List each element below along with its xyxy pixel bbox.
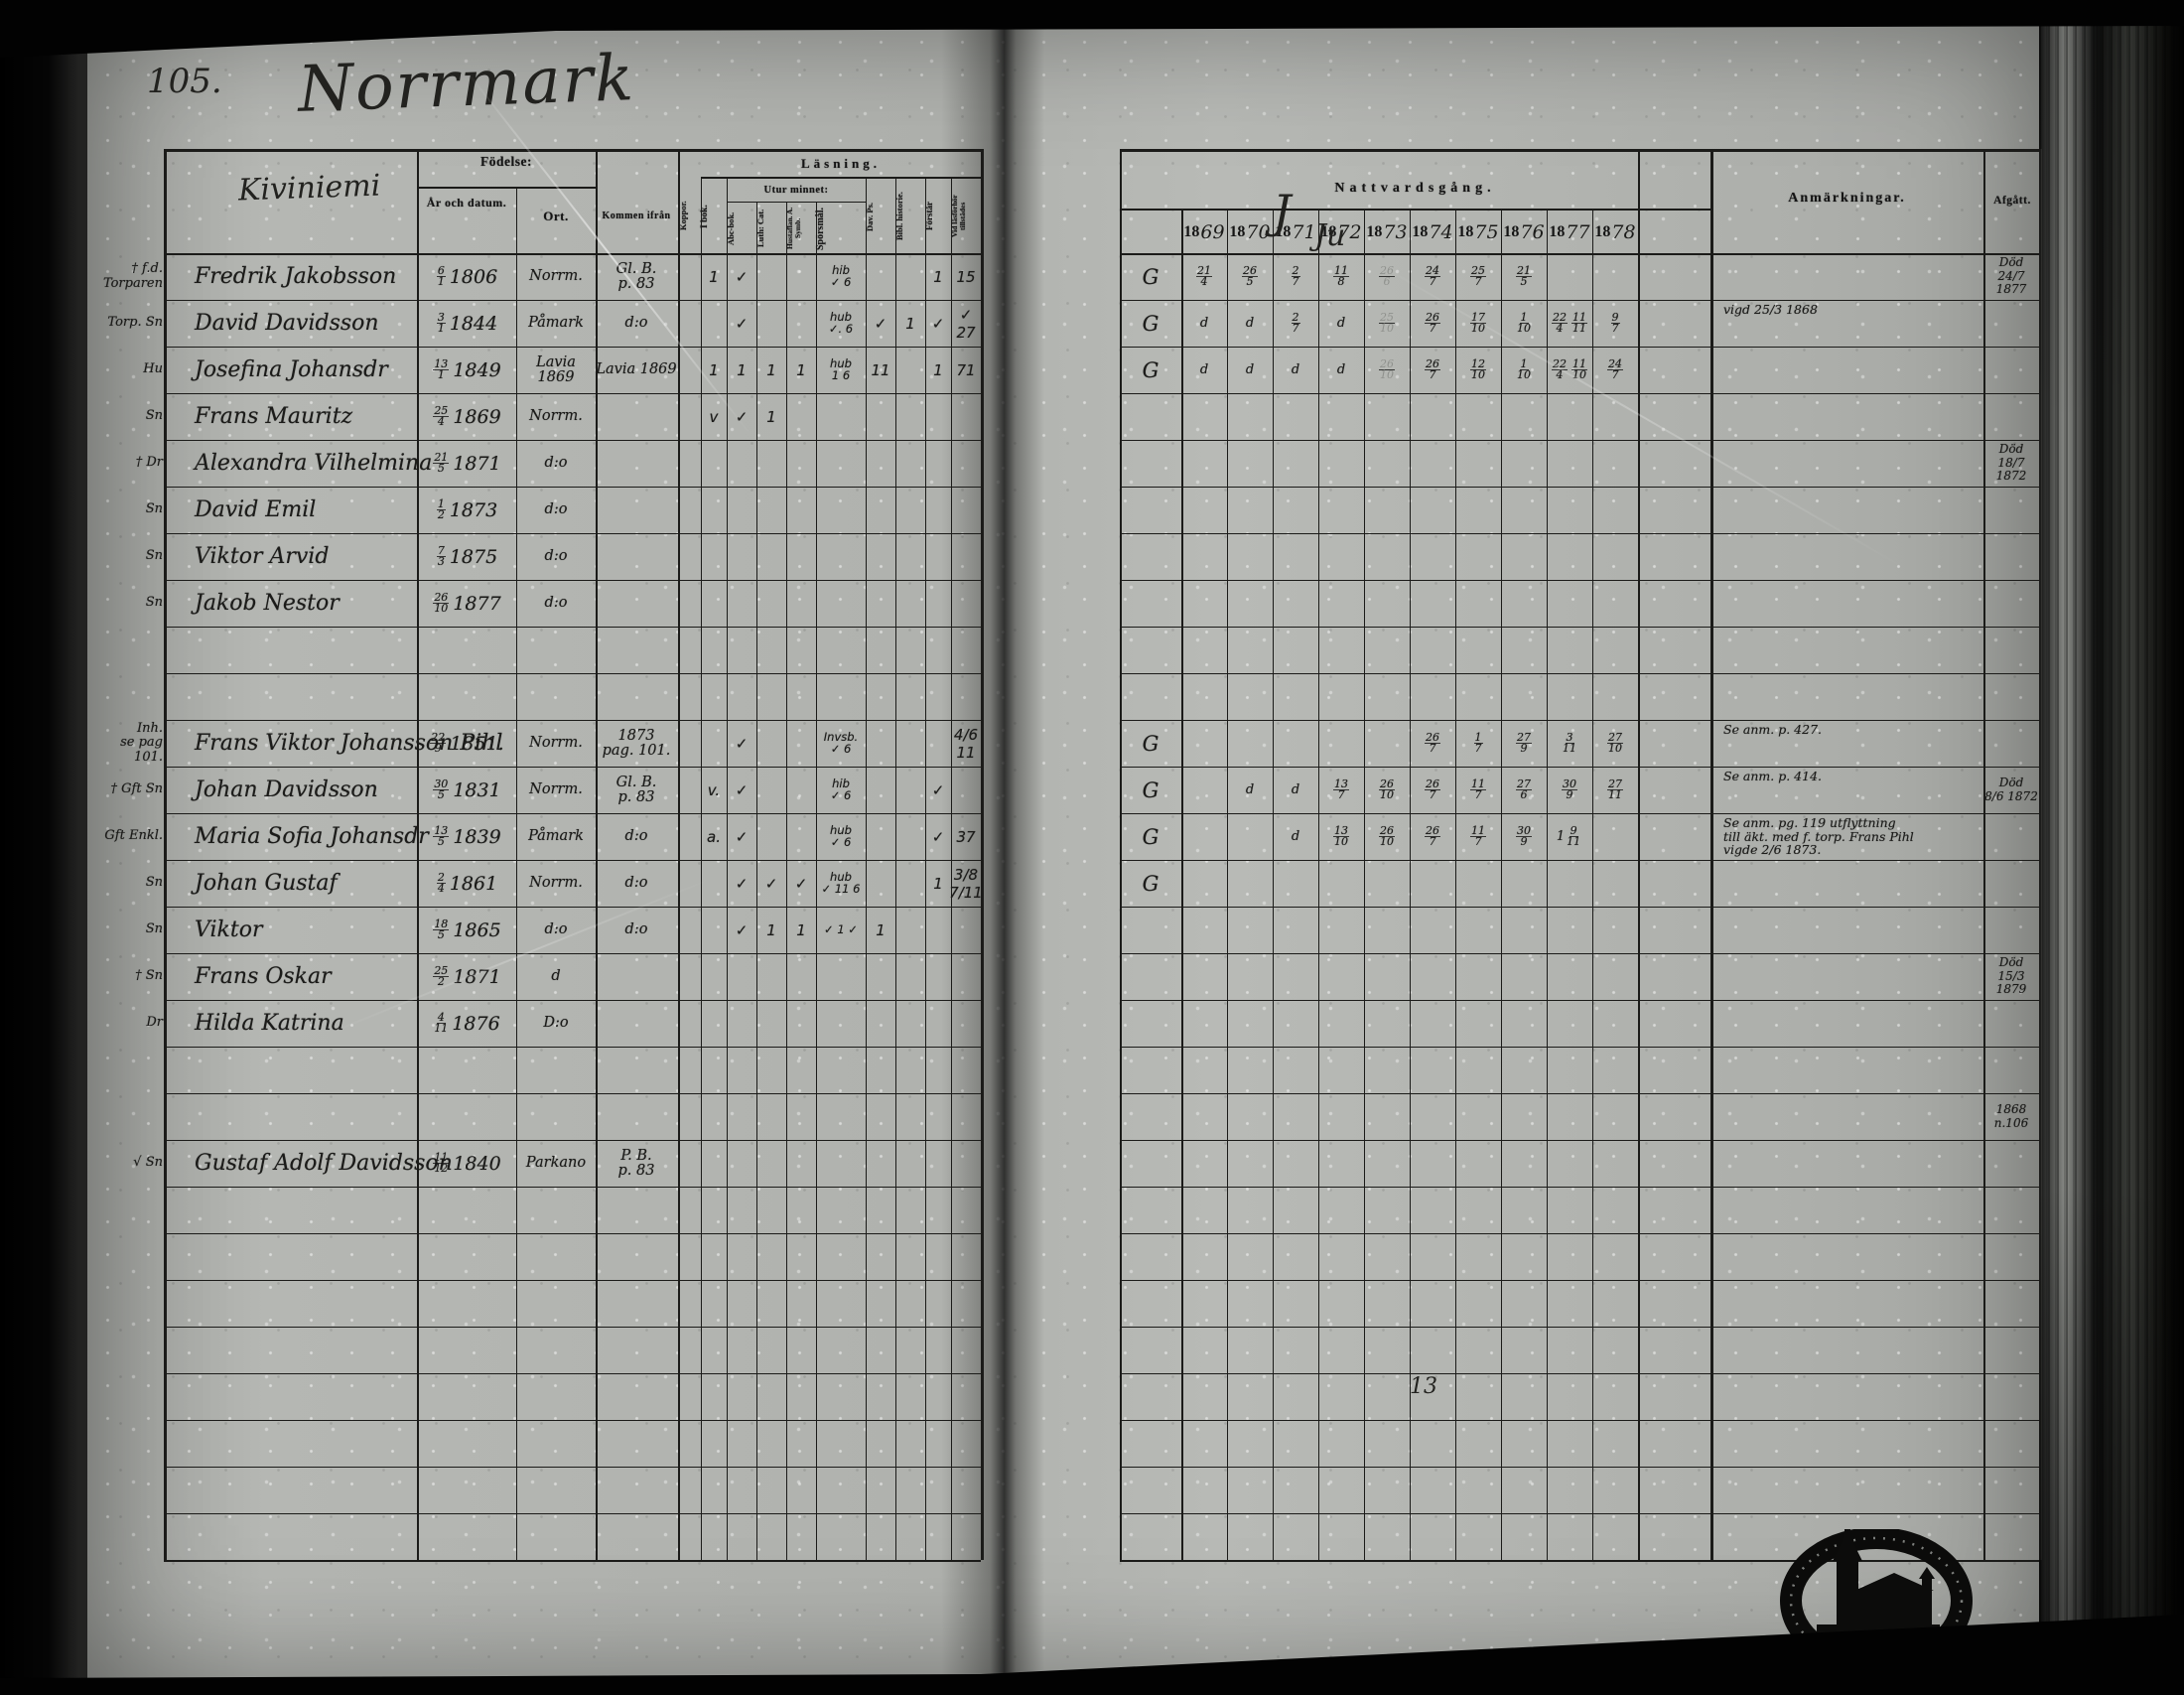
person-name: David Davidsson [169,300,441,347]
communion-1869: d [1181,347,1227,393]
grid-vline [1592,211,1593,1560]
communion-1869: d [1181,300,1227,347]
grid-hline [164,627,981,628]
communion-1875: 1710 [1455,300,1501,347]
communion-1878: 97 [1592,300,1638,347]
communion-1875: 117 [1455,767,1501,813]
grid-vline [1364,211,1365,1560]
row-margin-note: Torp. Sn [89,300,166,347]
communion-1873: 2610 [1364,767,1410,813]
birth-date: 611806 [418,253,514,300]
grid-hline [1120,393,2039,394]
book-edge-right [2039,0,2184,1695]
grid-hline [164,673,981,674]
communion-1875: 17 [1455,720,1501,767]
grid-hline [164,1280,981,1281]
header-dav-ps: Dav. Ps. [866,183,895,250]
person-name: Frans Oskar [169,953,441,1000]
header-lasning: Läsning. [701,156,981,172]
communion-1872: 1310 [1318,813,1364,860]
header-vid-lasforhor: Vid läsförhör tillstädes [951,183,981,250]
reading-mark-ibok: v [701,393,727,440]
communion-1873: 2510 [1364,300,1410,347]
row-margin-note: Sn [89,393,166,440]
birth-place: d:o [517,580,595,627]
birth-date: 2151871 [418,440,514,487]
reading-mark-forst: ✓ [925,813,951,860]
reading-mark-ibok: v. [701,767,727,813]
person-name: Jakob Nestor [169,580,441,627]
pencil-note: 13 [1410,1374,1437,1399]
communion-1874: 267 [1410,300,1455,347]
communion-1876: 276 [1501,767,1547,813]
reading-mark-abc: ✓ [727,253,756,300]
year-header-1874: 1874 [1410,212,1455,253]
scanned-parish-register-spread: 105. Norrmark Kiviniemi Födelse: År och … [0,0,2184,1695]
departed-note: 1868 n.106 [1984,1093,2038,1140]
grid-hline [164,1233,981,1234]
communion-init: G [1120,253,1181,300]
birth-place: Norrm. [517,767,595,813]
remark: Se anm. p. 414. [1713,767,1991,816]
person-name: Johan Davidsson [169,767,441,813]
reading-mark-forst: 1 [925,253,951,300]
header-ar-och-datum: År och datum. [417,197,516,211]
header-kommen-ifran: Kommen ifrån [594,211,679,221]
year-header-1870: 1870 [1227,212,1273,253]
communion-1871: d [1273,767,1318,813]
communion-1872: 118 [1318,253,1364,300]
communion-1878: 2711 [1592,767,1638,813]
grid-hline [727,202,866,203]
came-from: Gl. B. p. 83 [596,253,677,300]
came-from: d:o [596,300,677,347]
reading-mark-forst: ✓ [925,300,951,347]
birth-date: 11121840 [418,1140,514,1187]
reading-mark-spors: Invsb. ✓ 6 [816,720,866,767]
grid-hline [1120,1187,2039,1188]
header-ort: Ort. [516,209,596,224]
row-margin-note: † Dr [89,440,166,487]
person-name: Maria Sofia Johansdr [169,813,441,860]
header-bibl-historie: Bibl. historie. [895,183,925,250]
communion-1874: 267 [1410,347,1455,393]
communion-1877: 309 [1547,767,1592,813]
grid-hline [1120,1373,2039,1374]
year-header-1878: 1878 [1592,212,1638,253]
remark: vigd 25/3 1868 [1713,300,1991,350]
header-nattvardsgang: Nattvardsgång. [1120,181,1710,197]
grid-hline [1120,1327,2039,1328]
communion-1878: 2710 [1592,720,1638,767]
grid-hline [1120,907,2039,908]
communion-init: G [1120,300,1181,347]
person-name: Alexandra Vilhelmina [169,440,441,487]
person-name: Johan Gustaf [169,860,441,907]
communion-1874: 267 [1410,813,1455,860]
communion-init: G [1120,860,1181,907]
header-sporsmal: Spörsmål. [816,206,866,251]
reading-mark-spors: hib ✓ 6 [816,767,866,813]
birth-place: D:o [517,1000,595,1047]
birth-place: Norrm. [517,860,595,907]
communion-1873: 2610 [1364,347,1410,393]
communion-1872: 137 [1318,767,1364,813]
reading-mark-forst: 1 [925,347,951,393]
birth-place: Lavia 1869 [517,347,595,393]
communion-1875: 117 [1455,813,1501,860]
row-margin-note: † f.d. Torparen [89,253,166,300]
reading-mark-ibok: a. [701,813,727,860]
person-name: Frans Mauritz [169,393,441,440]
grid-vline [1638,149,1640,1560]
communion-1873: 2610 [1364,813,1410,860]
reading-mark-abc: ✓ [727,300,756,347]
birth-date: 3051831 [418,767,514,813]
reading-mark-davps: 1 [866,907,895,953]
header-i-bok: I bok. [701,183,727,250]
grid-vline [678,149,680,1560]
grid-hline [164,1513,981,1514]
communion-1878: 247 [1592,347,1638,393]
grid-hline [164,1467,981,1468]
departed-note: Död 8/6 1872 [1984,767,2038,813]
grid-hline [1120,580,2039,581]
grid-vline [1181,211,1183,1560]
row-margin-note: † Sn [89,953,166,1000]
reading-mark-hust: ✓ [786,860,816,907]
reading-mark-abc: ✓ [727,767,756,813]
reading-mark-spors: hub ✓. 6 [816,300,866,347]
year-header-1877: 1877 [1547,212,1592,253]
departed-note: Död 15/3 1879 [1984,953,2038,1000]
person-name: Hilda Katrina [169,1000,441,1047]
reading-mark-vid: 15 [949,253,983,300]
header-forstar: Förstår [925,183,951,250]
reading-mark-spors: ✓ 1 ✓ [816,907,866,953]
departed-note: Död 24/7 1877 [1984,253,2038,300]
communion-1877: 224 1111 [1547,300,1592,347]
birth-date: 1851865 [418,907,514,953]
year-header-1869: 1869 [1181,212,1227,253]
grid-hline [164,1420,981,1421]
grid-vline [1455,211,1456,1560]
row-margin-note: Gft Enkl. [89,813,166,860]
row-margin-note: Sn [89,580,166,627]
birth-place: Parkano [517,1140,595,1187]
came-from: P. B. p. 83 [596,1140,677,1187]
birth-place: d:o [517,533,595,580]
reading-mark-vid: 4/6 11 [949,720,983,767]
communion-1873: 266 [1364,253,1410,300]
communion-init: G [1120,767,1181,813]
row-margin-note: Inh. se pag 101. [89,720,166,767]
grid-hline [164,1187,981,1188]
person-name: Fredrik Jakobsson [169,253,441,300]
communion-1870: d [1227,347,1273,393]
came-from: Lavia 1869 [596,347,677,393]
birth-place: Norrm. [517,393,595,440]
book-edge-left [0,0,87,1695]
header-luth-cat: Luth: Cat. [756,206,786,251]
reading-mark-ibok: 1 [701,253,727,300]
communion-init: G [1120,813,1181,860]
grid-hline [1120,1093,2039,1094]
row-margin-note: † Gft Sn [89,767,166,813]
birth-date: 241861 [418,860,514,907]
communion-1870: d [1227,300,1273,347]
reading-mark-luth: ✓ [756,860,786,907]
reading-mark-davps: 11 [866,347,895,393]
reading-mark-ibok: 1 [701,347,727,393]
communion-1871: d [1273,347,1318,393]
reading-mark-luth: 1 [756,907,786,953]
remark: Se anm. pg. 119 utflyttning till äkt. me… [1713,813,1991,863]
person-name: Frans Viktor Johansson Pihl [169,720,441,767]
reading-mark-bibl: 1 [895,300,925,347]
grid-vline [1410,211,1411,1560]
reading-mark-luth: 1 [756,393,786,440]
grid-hline [1120,627,2039,628]
grid-vline [1273,211,1274,1560]
communion-1871: d [1273,813,1318,860]
grid-hline [1120,1140,2039,1141]
grid-hline [417,187,596,189]
grid-hline [1120,440,2039,441]
birth-place: Norrm. [517,253,595,300]
row-margin-note: Dr [89,1000,166,1047]
village-heading: Kiviniemi [237,169,380,209]
header-fodelse: Födelse: [417,154,596,170]
came-from: 1873 pag. 101. [596,720,677,767]
communion-1876: 110 [1501,300,1547,347]
reading-mark-vid: 3/8 7/11 [949,860,983,907]
reading-mark-forst: 1 [925,860,951,907]
birth-date: 731875 [418,533,514,580]
came-from: d:o [596,813,677,860]
communion-1872: d [1318,300,1364,347]
birth-date: 2521871 [418,953,514,1000]
grid-hline [1120,209,1710,211]
birth-place: Påmark [517,813,595,860]
year-header-1875: 1875 [1455,212,1501,253]
birth-date: 1351839 [418,813,514,860]
departed-note: Död 18/7 1872 [1984,440,2038,487]
communion-1871: 27 [1273,300,1318,347]
communion-1872: d [1318,347,1364,393]
grid-hline [1120,1280,2039,1281]
communion-1875: 1210 [1455,347,1501,393]
grid-hline [164,1327,981,1328]
communion-init: G [1120,720,1181,767]
grid-hline [164,1373,981,1374]
communion-1876: 110 [1501,347,1547,393]
reading-mark-abc: ✓ [727,720,756,767]
reading-mark-abc: ✓ [727,813,756,860]
reading-mark-vid: ✓ 27 [949,300,983,347]
reading-mark-luth: 1 [756,347,786,393]
reading-mark-forst: ✓ [925,767,951,813]
grid-hline [1120,1000,2039,1001]
grid-hline [1120,1467,2039,1468]
person-name: Viktor Arvid [169,533,441,580]
grid-hline [1120,953,2039,954]
person-name: David Emil [169,487,441,533]
communion-1869: 214 [1181,253,1227,300]
reading-mark-spors: hub ✓ 6 [816,813,866,860]
grid-vline [1547,211,1548,1560]
grid-hline [1120,1233,2039,1234]
came-from: d:o [596,907,677,953]
birth-place: Norrm. [517,720,595,767]
reading-mark-hust: 1 [786,907,816,953]
birth-place: d [517,953,595,1000]
communion-1870: d [1227,767,1273,813]
person-name: Gustaf Adolf Davidsson [169,1140,441,1187]
grid-hline [1120,673,2039,674]
birth-place: d:o [517,440,595,487]
grid-hline [164,1047,981,1048]
script-overlay-j: J [1273,185,1291,238]
came-from: Gl. B. p. 83 [596,767,677,813]
page-title: Norrmark [297,42,636,127]
grid-hline [1120,149,2039,152]
row-margin-note: Sn [89,487,166,533]
year-header-1873: 1873 [1364,212,1410,253]
birth-date: 1311849 [418,347,514,393]
communion-1874: 267 [1410,720,1455,767]
reading-mark-spors: hib ✓ 6 [816,253,866,300]
grid-vline [1501,211,1502,1560]
header-abc-bok: Abc-bok. [727,206,756,251]
birth-date: 311844 [418,300,514,347]
communion-1876: 309 [1501,813,1547,860]
communion-1876: 215 [1501,253,1547,300]
communion-1874: 247 [1410,253,1455,300]
birth-date: 2291851. [418,720,514,767]
birth-date: 121873 [418,487,514,533]
birth-date: 26101877 [418,580,514,627]
birth-date: 2541869 [418,393,514,440]
grid-hline [1120,487,2039,488]
communion-1877: 224 1110 [1547,347,1592,393]
header-koppor: Koppor. [679,181,701,250]
grid-hline [164,149,981,152]
reading-mark-vid: 71 [949,347,983,393]
row-margin-note: √ Sn [89,1140,166,1187]
remark: Se anm. p. 427. [1713,720,1991,770]
grid-hline [1120,533,2039,534]
communion-init: G [1120,347,1181,393]
grid-vline [1318,211,1319,1560]
grid-hline [1120,1513,2039,1514]
birth-date: 4111876 [418,1000,514,1047]
grid-vline [895,177,896,1560]
reading-mark-abc: ✓ [727,860,756,907]
reading-mark-spors: hub 1 6 [816,347,866,393]
reading-mark-spors: hub ✓ 11 6 [816,860,866,907]
grid-hline [1120,1047,2039,1048]
grid-hline [164,1560,981,1562]
reading-mark-abc: 1 [727,347,756,393]
reading-mark-davps: ✓ [866,300,895,347]
header-anmarkningar: Anmärkningar. [1710,191,1983,207]
row-margin-note: Sn [89,533,166,580]
reading-mark-abc: ✓ [727,907,756,953]
header-utur-minnet: Utur minnet: [727,185,866,196]
person-name: Viktor [169,907,441,953]
communion-1870: 265 [1227,253,1273,300]
communion-1875: 257 [1455,253,1501,300]
reading-mark-hust: 1 [786,347,816,393]
birth-place: d:o [517,907,595,953]
birth-place: d:o [517,487,595,533]
row-margin-note: Sn [89,860,166,907]
communion-1871: 27 [1273,253,1318,300]
grid-hline [1120,1420,2039,1421]
reading-mark-abc: ✓ [727,393,756,440]
header-hustaflan: Hustaflan. A. Symb. [786,206,816,251]
header-afgatt: Afgått. [1983,195,2041,207]
row-margin-note: Hu [89,347,166,393]
grid-hline [164,1093,981,1094]
communion-1877: 311 [1547,720,1592,767]
came-from: d:o [596,860,677,907]
person-name: Josefina Johansdr [169,347,441,393]
page-number: 105. [147,62,222,101]
grid-hline [701,177,981,179]
communion-1877: 1 911 [1547,813,1592,860]
birth-place: Påmark [517,300,595,347]
communion-1876: 279 [1501,720,1547,767]
reading-mark-vid: 37 [949,813,983,860]
communion-1874: 267 [1410,767,1455,813]
grid-vline [1227,211,1228,1560]
year-header-1876: 1876 [1501,212,1547,253]
row-margin-note: Sn [89,907,166,953]
